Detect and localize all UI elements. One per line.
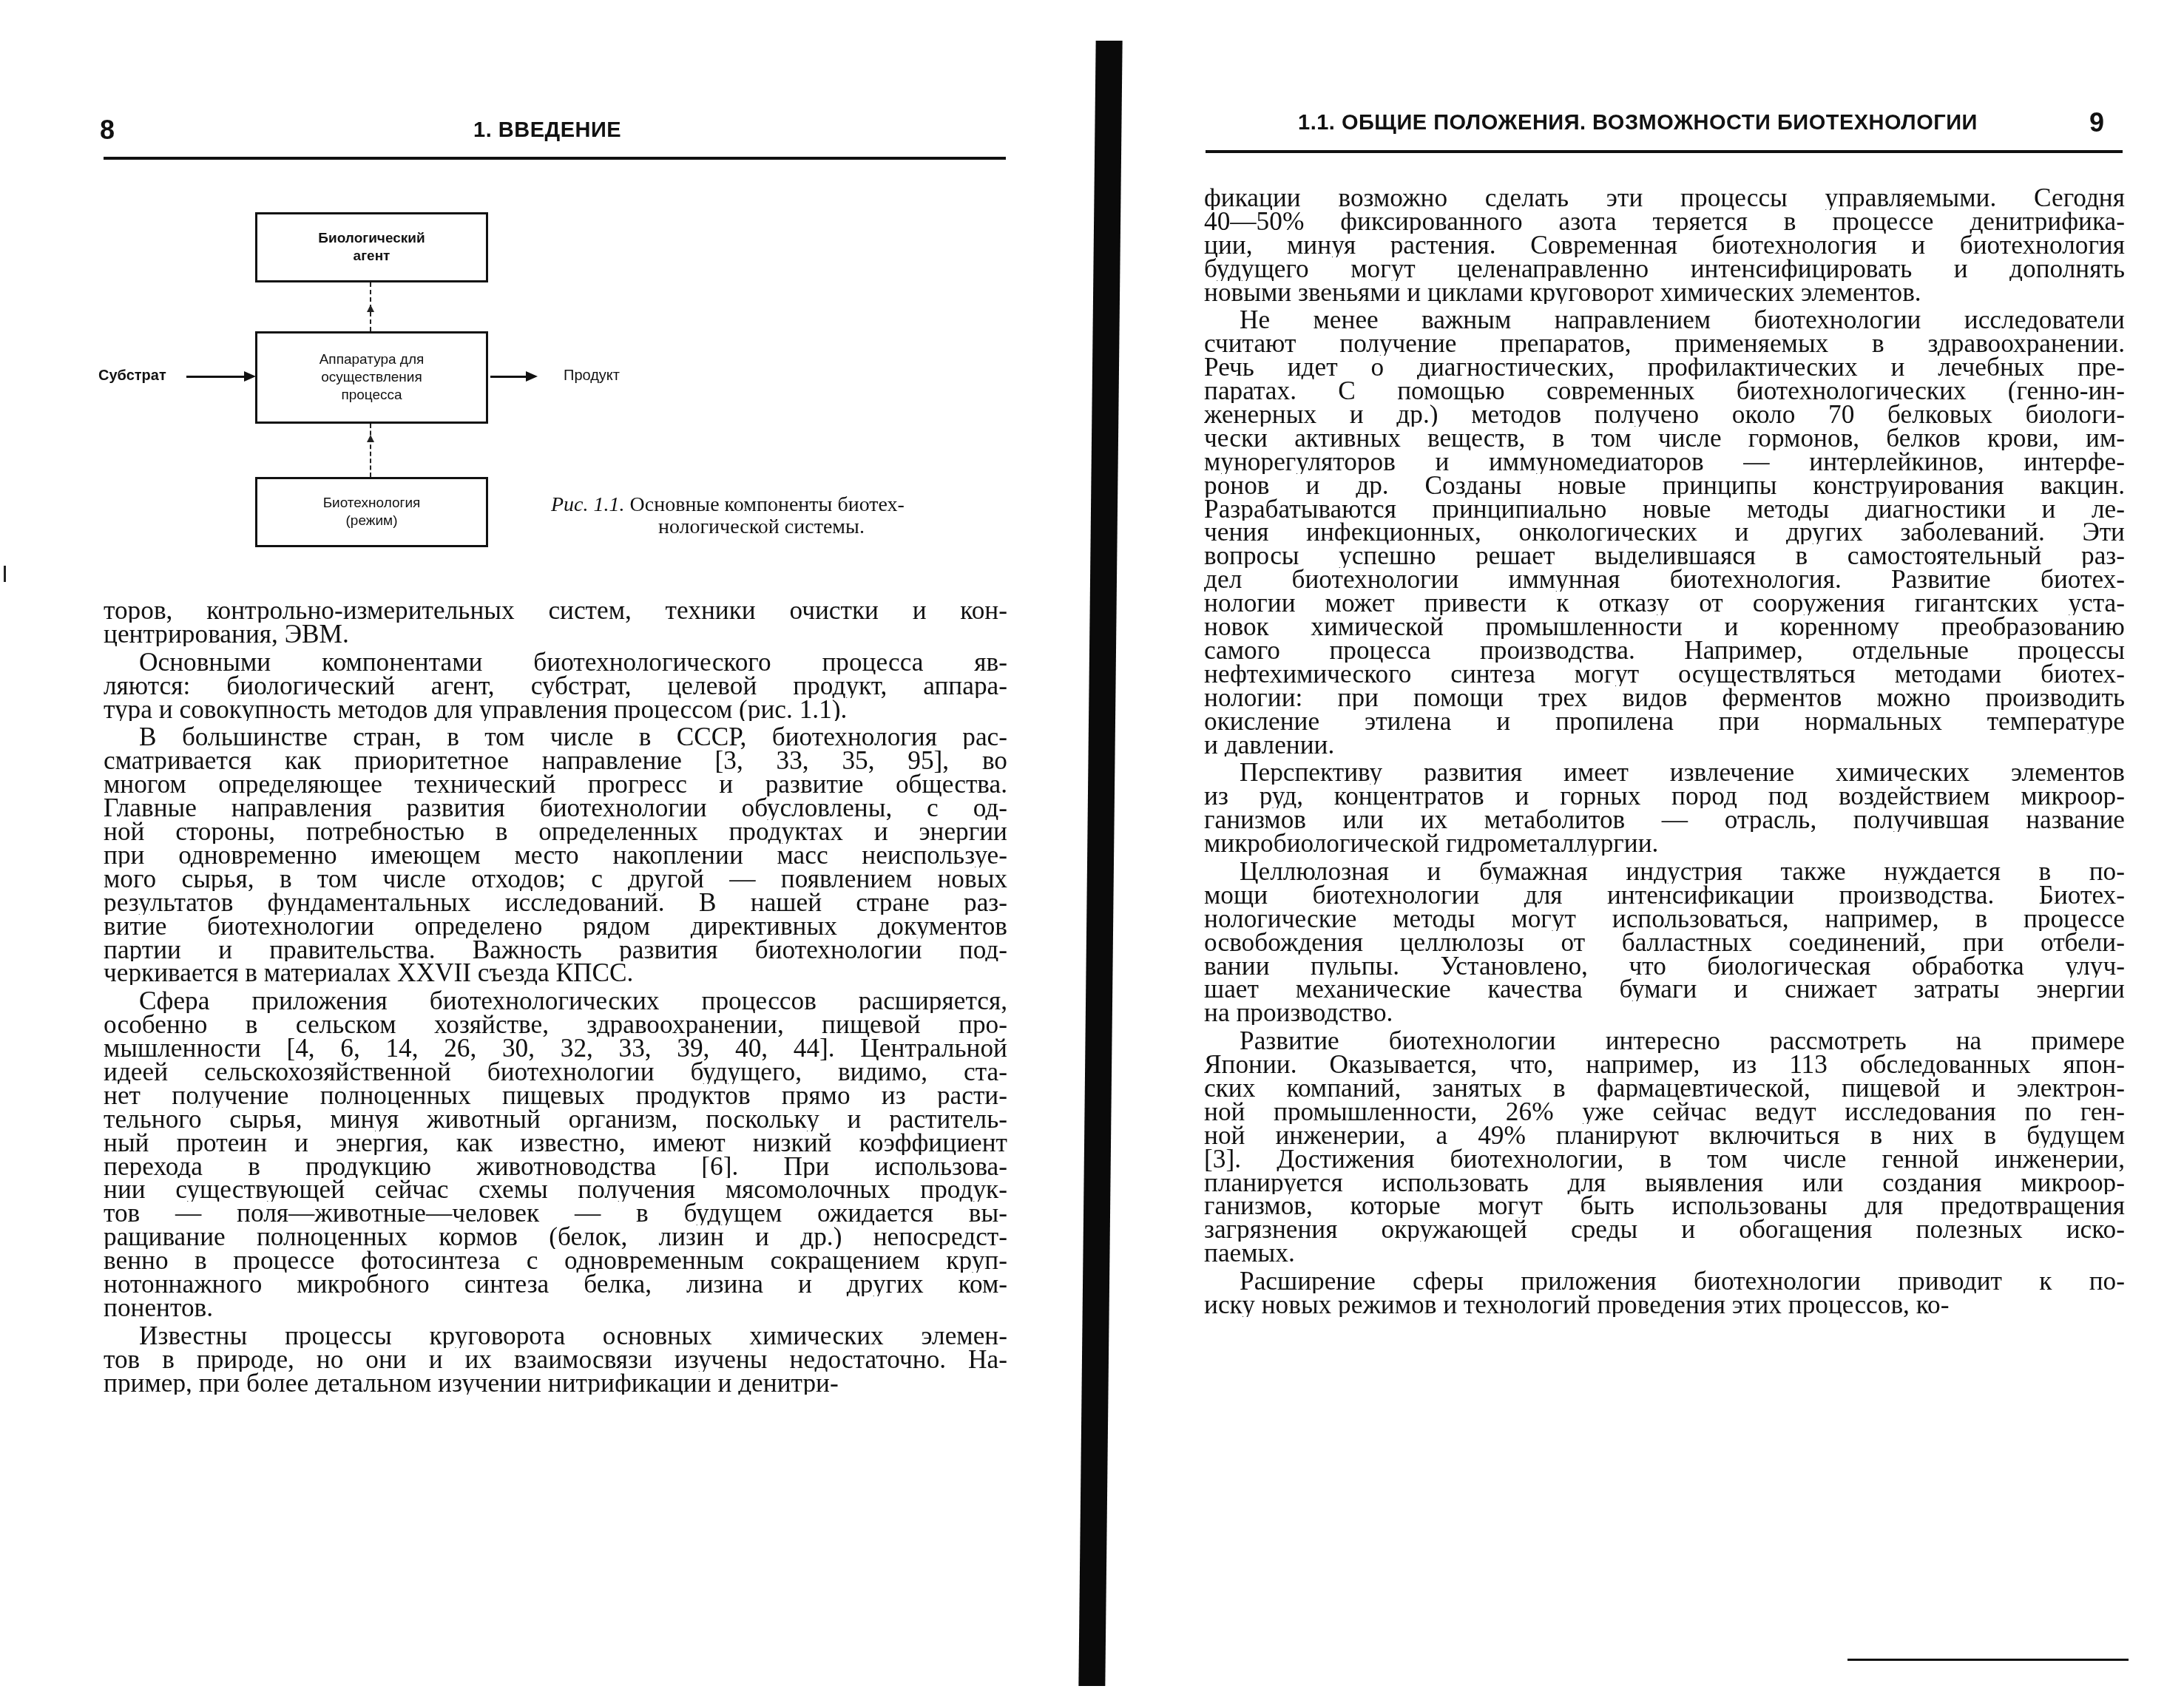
text-line: Развитие биотехнологии интересно рассмот… xyxy=(1204,1029,2125,1053)
page-number-left: 8 xyxy=(100,115,115,146)
paragraph: Развитие биотехнологии интересно рассмот… xyxy=(1204,1029,2125,1265)
text-line: перехода в продукцию животноводства [6].… xyxy=(104,1155,1007,1179)
text-line: шает механические качества бумаги и сниж… xyxy=(1204,978,2125,1001)
box-label-line: Биотехнология xyxy=(323,495,421,512)
caption-prefix: Рис. 1.1. xyxy=(551,493,625,516)
text-line: чески активных веществ, в том числе горм… xyxy=(1204,427,2125,450)
text-line: вопросы успешно решает выделившаяся в са… xyxy=(1204,544,2125,568)
text-line: витие биотехнологии определено рядом дир… xyxy=(104,915,1007,938)
text-line: мунорегуляторов и иммуномедиаторов — инт… xyxy=(1204,450,2125,474)
text-line: мощи биотехнологии для интенсификации пр… xyxy=(1204,884,2125,907)
text-line: идеей сельскохозяйственной биотехнологии… xyxy=(104,1060,1007,1084)
text-line: партии и правительства. Важность развити… xyxy=(104,938,1007,962)
header-rule-left xyxy=(104,157,1006,160)
text-line: ганизмов, которые могут быть использован… xyxy=(1204,1194,2125,1218)
text-line: Речь идет о диагностических, профилактич… xyxy=(1204,356,2125,379)
arrow-right-icon xyxy=(244,371,256,382)
arrow-up-icon xyxy=(367,435,374,442)
text-line: Известны процессы круговорота основных х… xyxy=(104,1324,1007,1348)
text-line: торов, контрольно-измерительных систем, … xyxy=(104,599,1007,623)
box-label-line: Биологический xyxy=(318,230,425,248)
text-line: загрязнения окружающей среды и обогащени… xyxy=(1204,1218,2125,1242)
text-line: ции, минуя растения. Современная биотехн… xyxy=(1204,234,2125,257)
caption-line: Основные компоненты биотех- xyxy=(630,493,905,516)
text-line: нологии может привести к отказу от соору… xyxy=(1204,592,2125,615)
text-line: вании пульпы. Установлено, что биологиче… xyxy=(1204,955,2125,978)
text-line: мышленности [4, 6, 14, 26, 30, 32, 33, 3… xyxy=(104,1037,1007,1060)
text-line: самого процесса производства. Например, … xyxy=(1204,639,2125,663)
paragraph: Перспективу развития имеет извлечение хи… xyxy=(1204,761,2125,856)
text-line: нефтехимического синтеза могут осуществл… xyxy=(1204,663,2125,686)
text-line: ронов и др. Созданы новые принципы конст… xyxy=(1204,474,2125,498)
text-line: Главные направления развития биотехнолог… xyxy=(104,796,1007,820)
text-line: фикации возможно сделать эти процессы уп… xyxy=(1204,186,2125,210)
book-gutter xyxy=(1078,41,1122,1686)
text-line: освобождения целлюлозы от балластных сое… xyxy=(1204,931,2125,955)
body-text-left: торов, контрольно-измерительных систем, … xyxy=(104,599,1007,1395)
text-line: Разрабатываются принципиально новые мето… xyxy=(1204,498,2125,521)
paragraph: Сфера приложения биотехнологических проц… xyxy=(104,989,1007,1319)
text-line: особенно в сельском хозяйстве, здравоохр… xyxy=(104,1013,1007,1037)
box-biotechnology-mode: Биотехнология(режим) xyxy=(255,477,488,547)
box-biological-agent: Биологическийагент xyxy=(255,212,488,282)
text-line: чения инфекционных, онкологических и дру… xyxy=(1204,521,2125,544)
text-line: 40—50% фиксированного азота теряется в п… xyxy=(1204,210,2125,234)
text-line: нии существующей сейчас схемы получения … xyxy=(104,1178,1007,1202)
box-label-line: (режим) xyxy=(323,512,421,530)
text-line: тов в природе, но они и их взаимосвязи и… xyxy=(104,1348,1007,1372)
text-line: на производство. xyxy=(1204,1001,2125,1025)
text-line: из руд, концентратов и горных пород под … xyxy=(1204,785,2125,808)
scan-artifact xyxy=(4,566,6,582)
text-line: при одновременно имеющем место накоплени… xyxy=(104,844,1007,867)
paragraph: Не менее важным направлением биотехнолог… xyxy=(1204,308,2125,756)
text-line: окисление этилена и пропилена при нормал… xyxy=(1204,710,2125,734)
text-line: новок химической промышленности и коренн… xyxy=(1204,615,2125,639)
left-page: 8 1. ВВЕДЕНИЕ Биологическийагент Аппарат… xyxy=(0,0,1065,1703)
text-line: дел биотехнологии иммунная биотехнология… xyxy=(1204,568,2125,592)
paragraph: Расширение сферы приложения биотехнологи… xyxy=(1204,1270,2125,1317)
text-line: Перспективу развития имеет извлечение хи… xyxy=(1204,761,2125,785)
text-line: нотоннажного микробного синтеза белка, л… xyxy=(104,1273,1007,1296)
body-text-right: фикации возможно сделать эти процессы уп… xyxy=(1204,186,2125,1317)
right-page: 1.1. ОБЩИЕ ПОЛОЖЕНИЯ. ВОЗМОЖНОСТИ БИОТЕХ… xyxy=(1124,0,2184,1703)
box-label-line: Аппаратура для xyxy=(320,351,425,369)
text-line: паратах. С помощью современных биотехнол… xyxy=(1204,379,2125,403)
page-number-right: 9 xyxy=(2089,107,2104,138)
text-line: ной инженерии, а 49% планируют включитьс… xyxy=(1204,1124,2125,1148)
text-line: тура и совокупность методов для управлен… xyxy=(104,698,1007,722)
box-apparatus: Аппаратура дляосуществленияпроцесса xyxy=(255,331,488,424)
text-line: тов — поля—животные—человек — в будущем … xyxy=(104,1202,1007,1225)
box-label-line: осуществления xyxy=(320,369,425,387)
text-line: мого сырья, в том числе отходов; с друго… xyxy=(104,867,1007,891)
text-line: ганизмов или их метаболитов — отрасль, п… xyxy=(1204,808,2125,832)
arrow-substrate-line xyxy=(186,376,244,378)
text-line: сматривается как приоритетное направлени… xyxy=(104,749,1007,773)
text-line: будущего могут целенаправленно интенсифи… xyxy=(1204,257,2125,281)
text-line: паемых. xyxy=(1204,1242,2125,1265)
caption-line: нологической системы. xyxy=(551,516,1010,538)
text-line: венно в процессе фотосинтеза с одновреме… xyxy=(104,1249,1007,1273)
text-line: нологические методы могут использоваться… xyxy=(1204,907,2125,931)
arrow-product-line xyxy=(490,376,527,378)
running-head-left: 1. ВВЕДЕНИЕ xyxy=(473,118,621,143)
text-line: ный протеин и энергия, как известно, име… xyxy=(104,1131,1007,1155)
bottom-rule xyxy=(1847,1659,2129,1661)
header-rule-right xyxy=(1206,150,2123,153)
text-line: ращивание полноценных кормов (белок, лиз… xyxy=(104,1225,1007,1249)
text-line: Целлюлозная и бумажная индустрия также н… xyxy=(1204,860,2125,884)
text-line: нет получение полноценных пищевых продук… xyxy=(104,1084,1007,1108)
text-line: и давлении. xyxy=(1204,734,2125,757)
text-line: [3]. Достижения биотехнологии, в том чис… xyxy=(1204,1148,2125,1171)
text-line: В большинстве стран, в том числе в СССР,… xyxy=(104,725,1007,749)
text-line: центрирования, ЭВМ. xyxy=(104,623,1007,646)
text-line: микробиологической гидрометаллургии. xyxy=(1204,832,2125,856)
text-line: новыми звеньями и циклами круговорот хим… xyxy=(1204,281,2125,305)
arrow-up-icon xyxy=(367,305,374,312)
connector-technology xyxy=(370,424,371,477)
arrow-right-icon xyxy=(526,371,538,382)
text-line: понентов. xyxy=(104,1296,1007,1320)
box-label-line: агент xyxy=(318,248,425,265)
text-line: тельного сырья, минуя животный организм,… xyxy=(104,1108,1007,1131)
text-line: считают получение препаратов, применяемы… xyxy=(1204,332,2125,356)
paragraph: фикации возможно сделать эти процессы уп… xyxy=(1204,186,2125,304)
text-line: ной промышленности, 26% уже сейчас ведут… xyxy=(1204,1100,2125,1124)
text-line: планируется использовать для выявления и… xyxy=(1204,1171,2125,1195)
text-line: Не менее важным направлением биотехнолог… xyxy=(1204,308,2125,332)
label-product: Продукт xyxy=(564,368,620,385)
text-line: нологии: при помощи трех видов ферментов… xyxy=(1204,686,2125,710)
text-line: Расширение сферы приложения биотехнологи… xyxy=(1204,1270,2125,1293)
box-label-line: процесса xyxy=(320,387,425,404)
text-line: ляются: биологический агент, субстрат, ц… xyxy=(104,674,1007,698)
running-head-right: 1.1. ОБЩИЕ ПОЛОЖЕНИЯ. ВОЗМОЖНОСТИ БИОТЕХ… xyxy=(1298,111,1978,135)
text-line: Основными компонентами биотехнологическо… xyxy=(104,651,1007,674)
text-line: Японии. Оказывается, что, например, из 1… xyxy=(1204,1053,2125,1077)
text-line: пример, при более детальном изучении нит… xyxy=(104,1372,1007,1395)
figure-caption: Рис. 1.1. Основные компоненты биотех- но… xyxy=(551,494,1010,538)
paragraph: В большинстве стран, в том числе в СССР,… xyxy=(104,725,1007,985)
label-substrate: Субстрат xyxy=(98,368,166,385)
paragraph: Целлюлозная и бумажная индустрия также н… xyxy=(1204,860,2125,1025)
text-line: ной стороны, потребностью в определенных… xyxy=(104,820,1007,844)
text-line: женерных и др.) методов получено около 7… xyxy=(1204,403,2125,427)
text-line: Сфера приложения биотехнологических проц… xyxy=(104,989,1007,1013)
text-line: многом определяющее технический прогресс… xyxy=(104,773,1007,796)
text-line: иску новых режимов и технологий проведен… xyxy=(1204,1293,2125,1317)
text-line: черкивается в материалах XXVII съезда КП… xyxy=(104,961,1007,985)
paragraph: торов, контрольно-измерительных систем, … xyxy=(104,599,1007,646)
paragraph: Известны процессы круговорота основных х… xyxy=(104,1324,1007,1395)
text-line: ских компаний, занятых в фармацевтическо… xyxy=(1204,1077,2125,1100)
paragraph: Основными компонентами биотехнологическо… xyxy=(104,651,1007,722)
text-line: результатов фундаментальных исследований… xyxy=(104,891,1007,915)
